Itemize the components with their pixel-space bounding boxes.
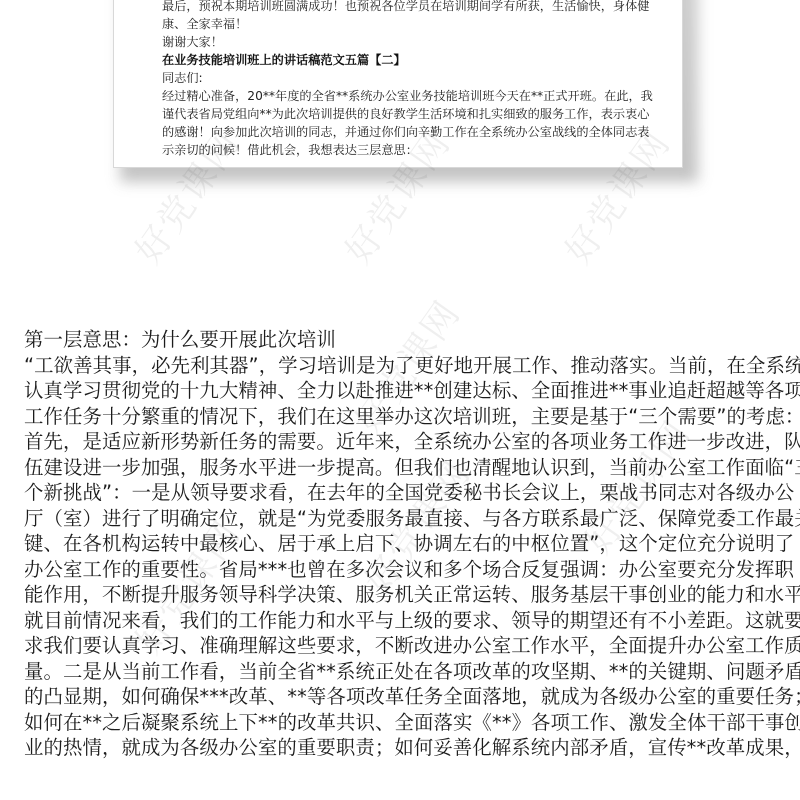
preview-line: 示亲切的问候！借此机会，我想表达三层意思： <box>162 141 642 159</box>
body-line: 键、在各机构运转中最核心、居于承上启下、协调左右的中枢位置”，这个定位充分说明了 <box>24 531 784 557</box>
section-heading: 第一层意思：为什么要开展此次培训 <box>24 327 784 353</box>
body-line: 能作用，不断提升服务领导科学决策、服务机关正常运转、服务基层干事创业的能力和水平… <box>24 582 784 608</box>
preview-line: 康、全家幸福！ <box>162 15 642 33</box>
body-line: 认真学习贯彻党的十九大精神、全力以赴推进**创建达标、全面推进**事业追赶超越等… <box>24 378 784 404</box>
body-line: 量。二是从当前工作看，当前全省**系统正处在各项改革的攻坚期、**的关键期、问题… <box>24 659 784 685</box>
body-line: 如何在**之后凝聚系统上下**的改革共识、全面落实《**》各项工作、激发全体干部… <box>24 710 784 736</box>
body-line: 业的热情，就成为各级办公室的重要职责；如何妥善化解系统内部矛盾，宣传**改革成果… <box>24 735 784 761</box>
body-line: 的凸显期，如何确保***改革、**等各项改革任务全面落地，就成为各级办公室的重要… <box>24 684 784 710</box>
preview-line: 经过精心准备，20**年度的全省**系统办公室业务技能培训班今天在**正式开班。… <box>162 87 642 105</box>
document-preview-card: 力素质和工作水平。希望大家通过这次培训，不断提高能力，积累经验，增长本领。 最后… <box>113 0 683 168</box>
preview-line: 最后，预祝本期培训班圆满成功！也预祝各位学员在培训期间学有所获，生活愉快，身体健 <box>162 0 642 15</box>
body-line: 伍建设进一步加强，服务水平进一步提高。但我们也清醒地认识到，当前办公室工作面临“… <box>24 455 784 481</box>
document-body: 第一层意思：为什么要开展此次培训 “工欲善其事，必先利其器”，学习培训是为了更好… <box>24 327 784 761</box>
body-line: 个新挑战”：一是从领导要求看，在去年的全国党委秘书长会议上，栗战书同志对各级办公 <box>24 480 784 506</box>
preview-line: 同志们: <box>162 69 642 87</box>
body-line: 就目前情况来看，我们的工作能力和水平与上级的要求、领导的期望还有不小差距。这就要 <box>24 608 784 634</box>
body-line: 首先，是适应新形势新任务的需要。近年来，全系统办公室的各项业务工作进一步改进，队 <box>24 429 784 455</box>
preview-section-heading: 在业务技能培训班上的讲话稿范文五篇【二】 <box>162 51 642 69</box>
preview-card-body: 力素质和工作水平。希望大家通过这次培训，不断提高能力，积累经验，增长本领。 最后… <box>162 0 642 159</box>
preview-line: 的感谢！向参加此次培训的同志，并通过你们向辛勤工作在全系统办公室战线的全体同志表 <box>162 123 642 141</box>
body-line: 工作任务十分繁重的情况下，我们在这里举办这次培训班，主要是基于“三个需要”的考虑… <box>24 404 784 430</box>
body-line: “工欲善其事，必先利其器”，学习培训是为了更好地开展工作、推动落实。当前，在全系… <box>24 353 784 379</box>
preview-line: 谨代表省局党组向**为此次培训提供的良好教学生活环境和扎实细致的服务工作，表示衷… <box>162 105 642 123</box>
body-line: 厅（室）进行了明确定位，就是“为党委服务最直接、与各方联系最广泛、保障党委工作最… <box>24 506 784 532</box>
body-line: 求我们要认真学习、准确理解这些要求，不断改进办公室工作水平，全面提升办公室工作质 <box>24 633 784 659</box>
body-line: 办公室工作的重要性。省局***也曾在多次会议和多个场合反复强调：办公室要充分发挥… <box>24 557 784 583</box>
preview-line: 谢谢大家！ <box>162 33 642 51</box>
